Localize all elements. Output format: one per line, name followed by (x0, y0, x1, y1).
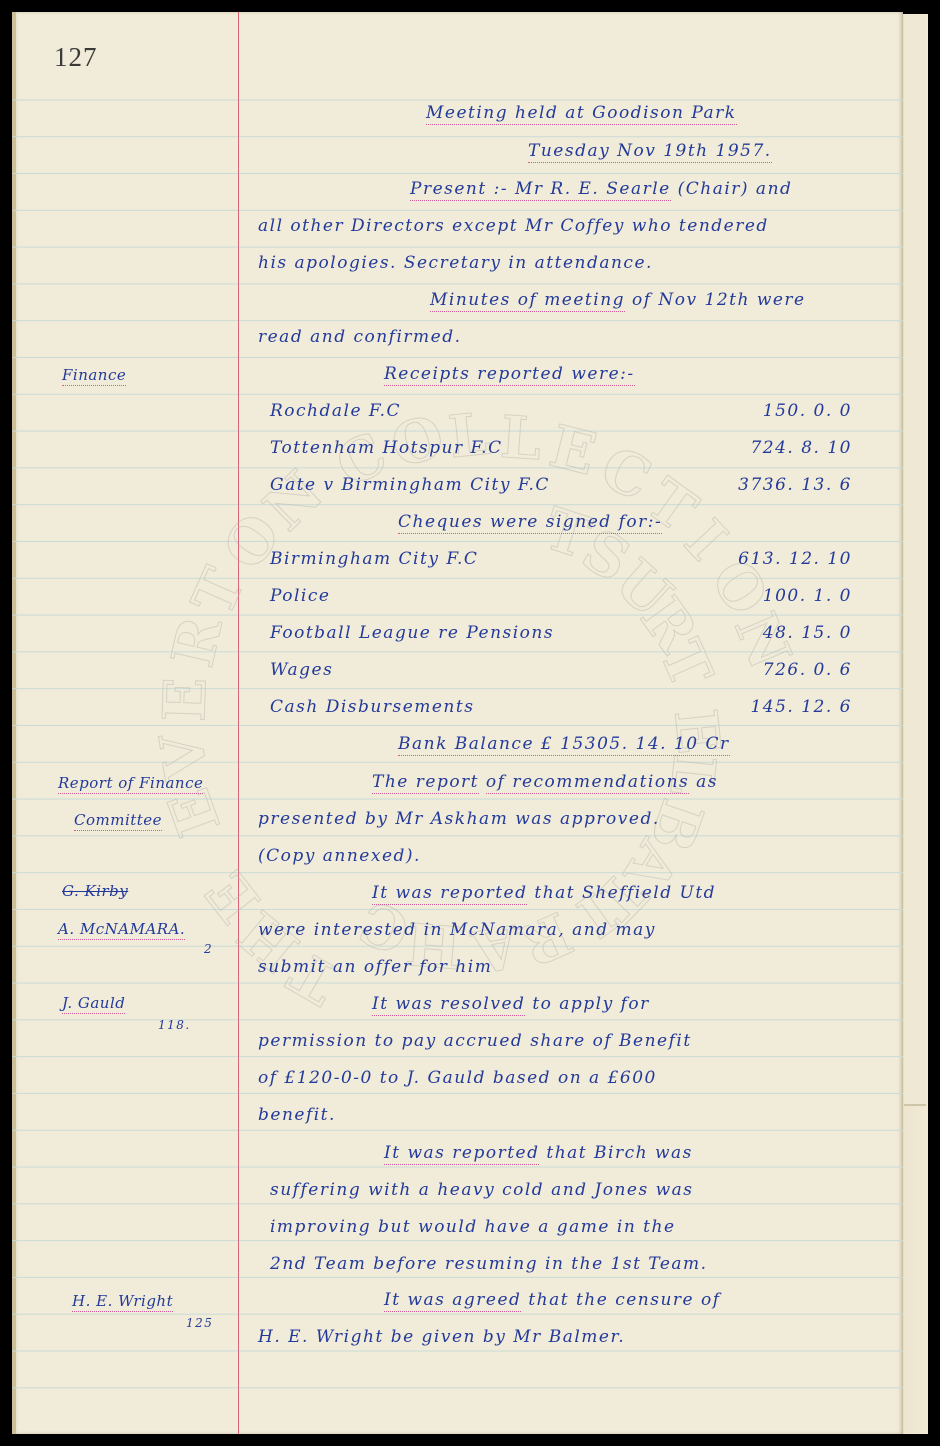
gauld-line-1: It was resolved to apply for (372, 994, 650, 1014)
margin-struck-kirby: G. Kirby (62, 882, 128, 900)
meeting-date: Tuesday Nov 19th 1957. (528, 141, 772, 163)
cheque-item: Police (270, 586, 330, 606)
present-label: Present :- Mr R. E. Searle (410, 179, 671, 201)
receipt-item: Rochdale F.C (270, 401, 401, 421)
recommendations-label: of recommendations (486, 772, 689, 794)
margin-finance-report: Report of Finance (58, 774, 203, 794)
mcnamara-line-1: It was reported that Sheffield Utd (372, 883, 716, 903)
margin-ref-wright: 125 (186, 1316, 213, 1330)
receipt-amount: 3736. 13. 6 (702, 475, 852, 495)
resolved-label: It was resolved (372, 994, 525, 1016)
margin-ref-mcnamara: 2 (204, 942, 213, 956)
meeting-heading: Meeting held at Goodison Park (426, 103, 737, 125)
page-number: 127 (54, 42, 98, 73)
report-label: The report (372, 772, 479, 794)
present-line: Present :- Mr R. E. Searle (Chair) and (410, 179, 792, 199)
agreed-label: It was agreed (384, 1290, 521, 1312)
receipt-item: Gate v Birmingham City F.C (270, 475, 550, 495)
wright-line-1-end: that the censure of (528, 1290, 720, 1310)
committee-line-1: The report of recommendations as (372, 772, 718, 792)
margin-mcnamara: A. McNAMARA. (58, 920, 185, 940)
injuries-line-2: suffering with a heavy cold and Jones wa… (270, 1180, 694, 1200)
minutes-label: Minutes of meeting (430, 290, 625, 312)
wright-line-1: It was agreed that the censure of (384, 1290, 721, 1310)
cheques-heading: Cheques were signed for:- (398, 512, 662, 534)
wright-line-2: H. E. Wright be given by Mr Balmer. (258, 1327, 625, 1347)
cheque-amount: 726. 0. 6 (702, 660, 852, 680)
gauld-line-2: permission to pay accrued share of Benef… (258, 1031, 692, 1051)
attendance-line-3: his apologies. Secretary in attendance. (258, 253, 653, 273)
reported-label: It was reported (372, 883, 527, 905)
receipts-heading: Receipts reported were:- (384, 364, 635, 386)
cheque-item: Wages (270, 660, 333, 680)
injuries-line-1-end: that Birch was (546, 1143, 693, 1163)
bank-balance: Bank Balance £ 15305. 14. 10 Cr (398, 734, 730, 756)
injuries-line-3: improving but would have a game in the (270, 1217, 676, 1237)
injuries-line-4: 2nd Team before resuming in the 1st Team… (270, 1254, 708, 1274)
cheque-item: Birmingham City F.C (270, 549, 478, 569)
receipt-amount: 150. 0. 0 (702, 401, 852, 421)
committee-line-3: (Copy annexed). (258, 846, 421, 866)
minutes-rest: of Nov 12th were (632, 290, 806, 310)
attendance-line-2: all other Directors except Mr Coffey who… (258, 216, 769, 236)
cheque-item: Cash Disbursements (270, 697, 474, 717)
ledger-page: T H E E V E R T O N C O L L E C T I O N … (12, 12, 903, 1434)
margin-committee: Committee (74, 811, 162, 831)
cheque-amount: 613. 12. 10 (702, 549, 852, 569)
minutes-line-2: read and confirmed. (258, 327, 462, 347)
margin-ref-gauld: 118. (158, 1018, 191, 1032)
committee-line-1-end: as (696, 772, 718, 792)
receipt-item: Tottenham Hotspur F.C (270, 438, 503, 458)
cheque-amount: 48. 15. 0 (702, 623, 852, 643)
mcnamara-line-2: were interested in McNamara, and may (258, 920, 656, 940)
page-flap (904, 14, 926, 1106)
mcnamara-line-3: submit an offer for him (258, 957, 492, 977)
gauld-line-3: of £120-0-0 to J. Gauld based on a £600 (258, 1068, 657, 1088)
injuries-line-1: It was reported that Birch was (384, 1143, 693, 1163)
margin-wright: H. E. Wright (72, 1292, 173, 1312)
cheque-amount: 100. 1. 0 (702, 586, 852, 606)
injuries-reported-label: It was reported (384, 1143, 539, 1165)
cheque-item: Football League re Pensions (270, 623, 554, 643)
present-rest: (Chair) and (678, 179, 793, 199)
mcnamara-line-1-end: that Sheffield Utd (534, 883, 716, 903)
margin-line (238, 12, 239, 1434)
gauld-line-4: benefit. (258, 1105, 336, 1125)
gauld-line-1-end: to apply for (532, 994, 649, 1014)
receipt-amount: 724. 8. 10 (702, 438, 852, 458)
margin-finance: Finance (62, 366, 126, 386)
margin-gauld: J. Gauld (62, 994, 125, 1014)
cheque-amount: 145. 12. 6 (702, 697, 852, 717)
minutes-line-1: Minutes of meeting of Nov 12th were (430, 290, 806, 310)
committee-line-2: presented by Mr Askham was approved. (258, 809, 660, 829)
